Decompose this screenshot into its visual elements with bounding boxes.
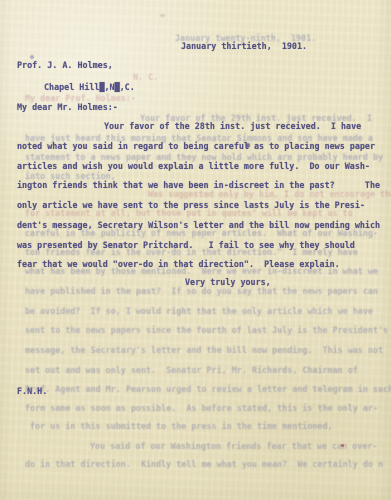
typed-line: dent's message, Secretary Wilson's lette…: [17, 220, 380, 230]
ghost-line: You said of our Washington friends fear …: [90, 441, 377, 451]
ghost-line: be avoided? If so, I would right that th…: [25, 306, 373, 316]
ink-speck: [341, 444, 344, 447]
typed-line: Prof. J. A. Holmes,: [17, 60, 113, 70]
ghost-line: set out and was only sent. Senator Pri, …: [25, 365, 358, 375]
ghost-line: have published in the past? If so do you…: [25, 286, 378, 296]
ghost-line: Prof. Agent and Mr. Pearson urged to rev…: [25, 384, 391, 394]
ink-speck: [160, 14, 165, 17]
ink-speck: [30, 55, 34, 59]
typed-line: only article we have sent to the press s…: [17, 200, 365, 210]
ghost-line: sent to the news papers since the fourth…: [25, 325, 388, 335]
typed-line: Chapel Hill█,N█,C.: [44, 82, 135, 92]
typed-line: F.N.H.: [17, 386, 47, 396]
ghost-line: for us in this submitted to the press in…: [30, 421, 333, 431]
typed-line: articles and wish you would explain a li…: [17, 161, 370, 171]
typed-line: fear that we would "over-do in that dire…: [17, 259, 340, 269]
typed-line: Very truly yours,: [185, 277, 271, 287]
ghost-line: message, the Secretary's letter and the …: [25, 345, 383, 355]
typed-line: ington friends think that we have been i…: [17, 180, 380, 190]
ink-speck: [246, 143, 250, 148]
typed-line: was presented by Senator Pritchard. I fa…: [17, 240, 355, 250]
typed-line: My dear Mr. Holmes:-: [17, 102, 118, 112]
letter-page: January twenty-ninth, 1901.N. C.My dear …: [0, 0, 391, 500]
ghost-line: Was suggested only by him, I do not enco…: [148, 189, 391, 199]
typed-line: Your favor of the 28th inst. just receiv…: [104, 121, 361, 131]
ghost-line: N. C.: [133, 72, 158, 82]
ghost-line: form same as soon as possible. As before…: [25, 403, 378, 413]
typed-line: January thirtieth, 1901.: [181, 41, 307, 51]
typed-line: noted what you said in regard to being c…: [17, 141, 375, 151]
ghost-line: do in that direction. Kindly tell me wha…: [25, 459, 383, 469]
